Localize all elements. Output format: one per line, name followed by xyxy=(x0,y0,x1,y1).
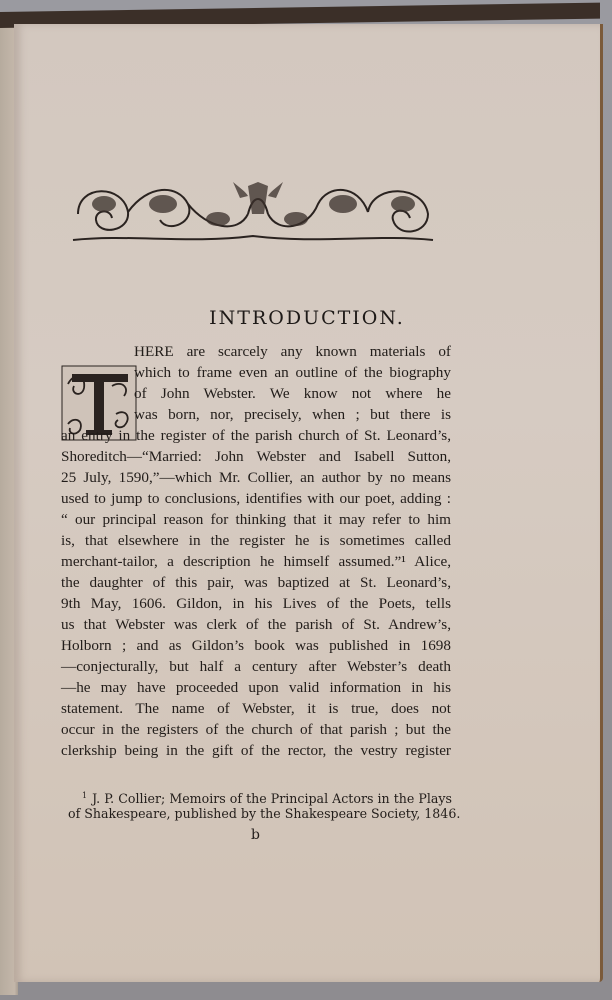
text-line: 25 July, 1590,”—which Mr. Collier, an au… xyxy=(61,467,451,489)
text-line: 9th May, 1606. Gildon, in his Lives of t… xyxy=(61,593,451,615)
text-line: occur in the registers of the church of … xyxy=(61,719,451,741)
text-line: merchant-tailor, a description he himsel… xyxy=(61,551,451,573)
text-line: is, that elsewhere in the register he is… xyxy=(61,530,451,552)
text-line: HERE are scarcely any known materials of xyxy=(134,341,451,363)
text-line: “ our principal reason for thinking that… xyxy=(61,509,451,531)
chapter-title: INTRODUCTION. xyxy=(14,307,600,329)
text-line: which to frame even an outline of the bi… xyxy=(134,362,451,384)
book-page: INTRODUCTION. T HERE are scarcely any kn… xyxy=(14,24,603,982)
text-line: the daughter of this pair, was baptized … xyxy=(61,572,451,594)
footnote-line-1: 1J. P. Collier; Memoirs of the Principal… xyxy=(82,791,452,806)
text-line: us that Webster was clerk of the parish … xyxy=(61,614,451,636)
text-line: clerkship being in the gift of the recto… xyxy=(61,740,451,762)
footnote-mark: 1 xyxy=(82,791,87,800)
text-line: —he may have proceeded upon valid inform… xyxy=(61,677,451,699)
text-line: Holborn ; and as Gildon’s book was publi… xyxy=(61,635,451,657)
ornamental-headpiece-icon xyxy=(68,174,438,248)
text-line: was born, nor, precisely, when ; but the… xyxy=(134,404,451,426)
text-line: used to jump to conclusions, identifies … xyxy=(61,488,451,510)
text-line: —conjecturally, but half a century after… xyxy=(61,656,451,678)
text-line: statement. The name of Webster, it is tr… xyxy=(61,698,451,720)
text-line: an entry in the register of the parish c… xyxy=(61,425,451,447)
signature-mark: b xyxy=(251,827,260,843)
footnote-line-2: of Shakespeare, published by the Shakesp… xyxy=(68,806,460,821)
text-line: of John Webster. We know not where he xyxy=(134,383,451,405)
footnote-text-1: J. P. Collier; Memoirs of the Principal … xyxy=(92,791,452,806)
text-line: Shoreditch—“Married: John Webster and Is… xyxy=(61,446,451,468)
